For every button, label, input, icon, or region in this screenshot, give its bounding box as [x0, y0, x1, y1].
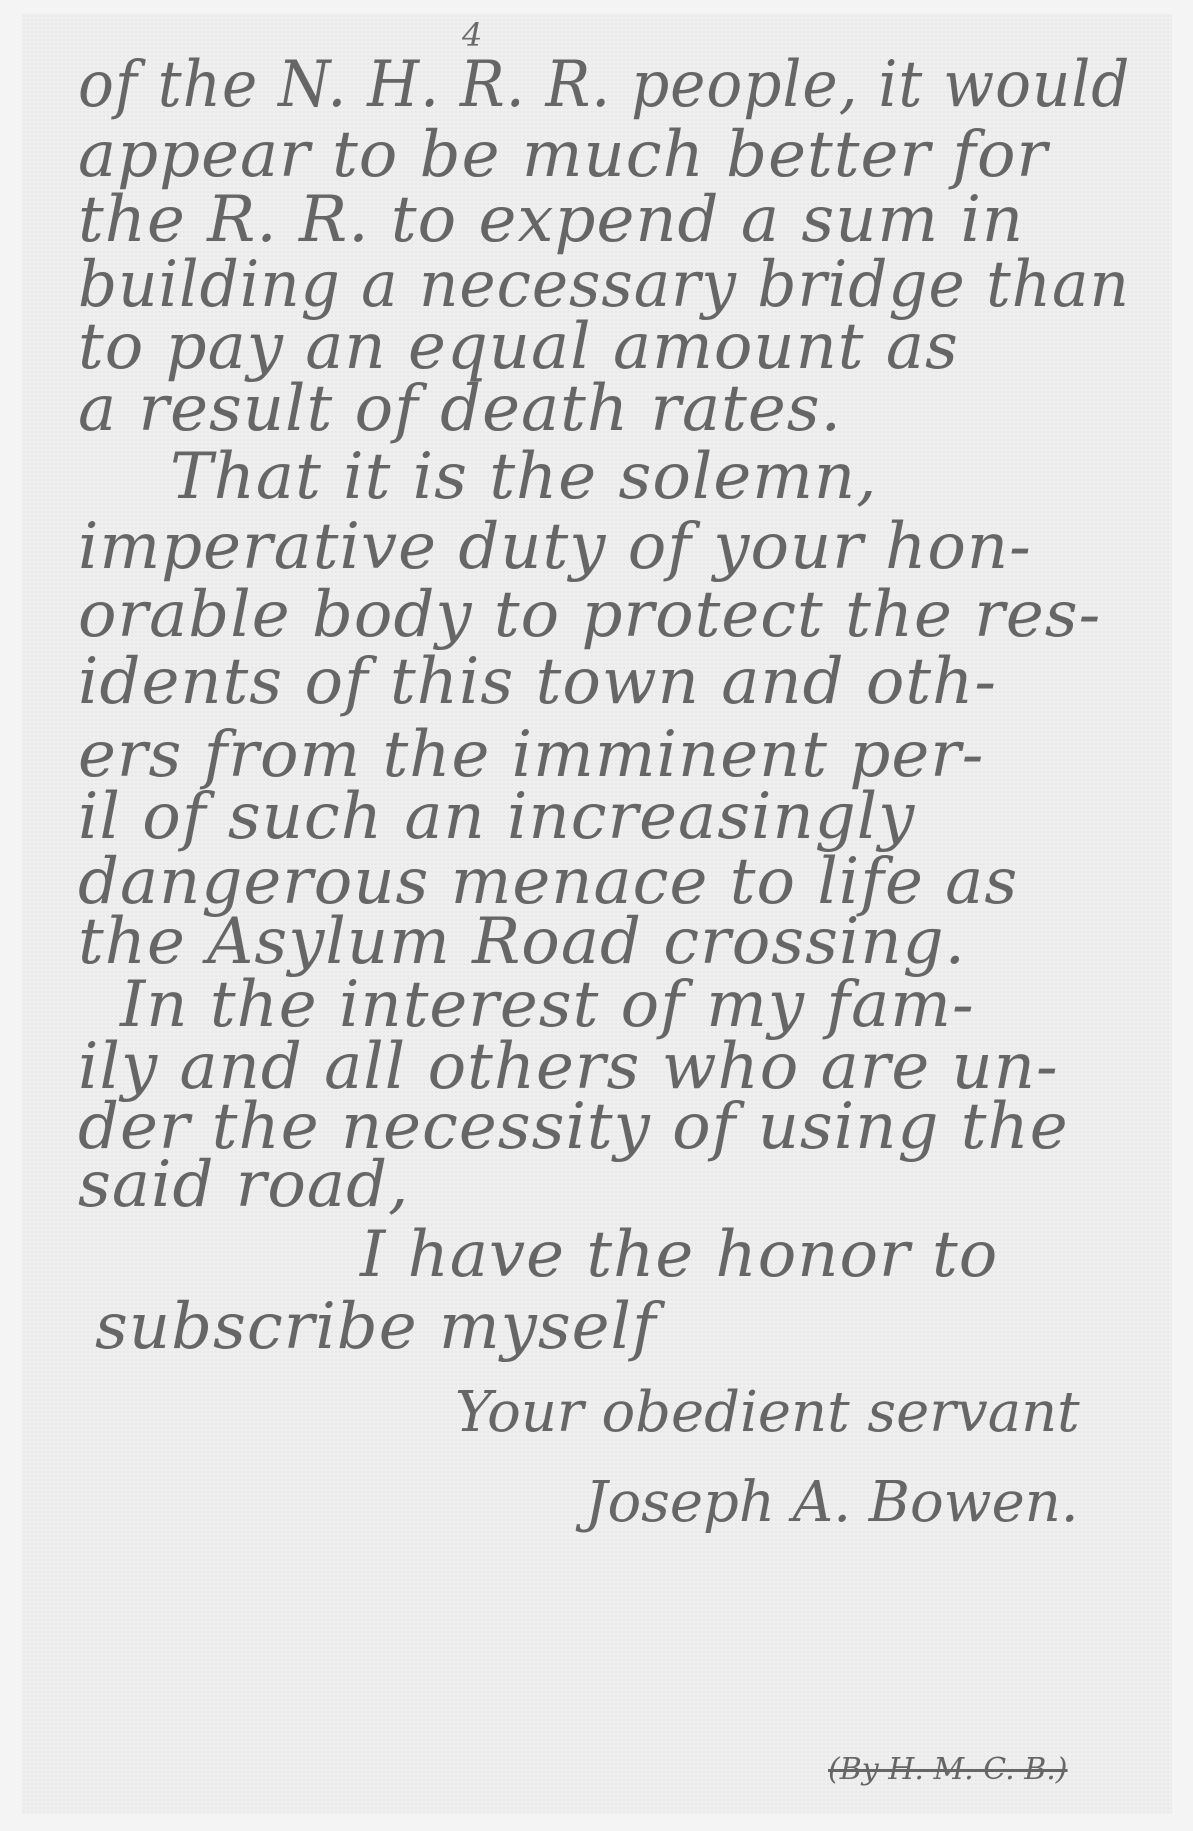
- letter-line: idents of this town and oth-: [78, 645, 997, 719]
- letter-line: That it is the solemn,: [170, 440, 877, 514]
- letter-line: a result of death rates.: [78, 372, 842, 446]
- letter-line: said road,: [78, 1148, 409, 1222]
- letter-line: il of such an increasingly: [78, 780, 915, 854]
- letter-line: of the N. H. R. R. people, it would: [78, 48, 1130, 122]
- struck-annotation: (By H. M. C. B.): [828, 1752, 1068, 1787]
- letter-line: imperative duty of your hon-: [78, 510, 1032, 584]
- letter-line: the R. R. to expend a sum in: [78, 183, 1024, 257]
- letter-line: orable body to protect the res-: [78, 578, 1101, 652]
- closing: Your obedient servant: [455, 1380, 1080, 1445]
- letter-line: I have the honor to: [360, 1218, 998, 1292]
- letter-line: subscribe myself: [95, 1290, 657, 1364]
- letter-line: appear to be much better for: [78, 118, 1048, 192]
- signature: Joseph A. Bowen.: [585, 1470, 1079, 1535]
